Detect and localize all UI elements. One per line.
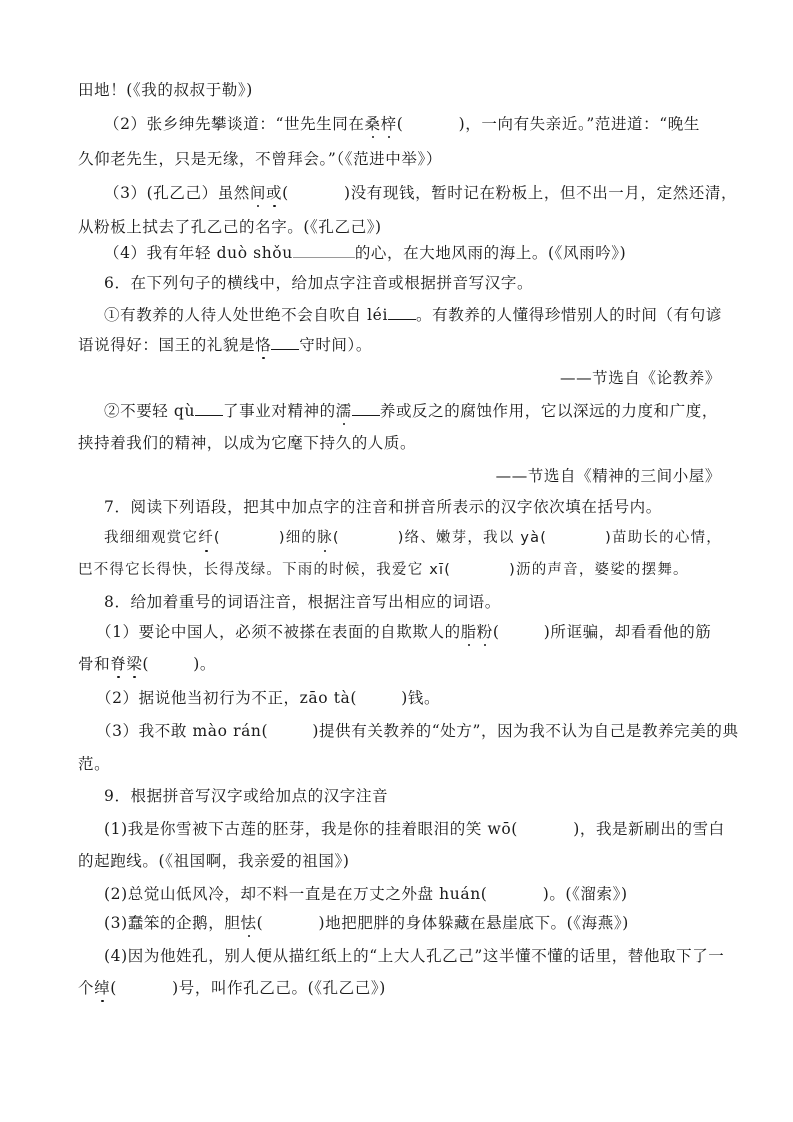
question-8-3: （3）我不敢 mào rán( )提供有关教养的“处方”，因为我不认为自己是教养… <box>96 721 739 741</box>
text-span: 守时间）。 <box>299 336 372 354</box>
text-span: 语说得好：国王的礼貌是 <box>78 336 255 354</box>
answer-blank-text[interactable]: ( )号，叫作孔乙己。(《孔乙己》) <box>110 979 386 997</box>
question-title: 6．在下列句子的横线中，给加点字注音或根据拼音写汉字。 <box>104 274 533 292</box>
answer-blank-text[interactable]: ( )络、嫩芽，我以 yà( )苗助长的心情， <box>333 530 722 546</box>
answer-blank-text[interactable]: ( )没有现钱，暂时记在粉板上，但不出一月，定然还清， <box>282 184 737 202</box>
answer-blank-text[interactable]: ( )细的 <box>214 530 317 546</box>
emphasis-char: 恪 <box>255 335 271 355</box>
text-span: 挟持着我们的精神，以成为它麾下持久的人质。 <box>78 434 416 452</box>
text-span: （3）(孔乙己）虽然 <box>104 184 250 202</box>
answer-blank-text[interactable]: ( )。 <box>142 655 216 673</box>
text-line: 久仰老先生，只是无缘，不曾拜会。”（《范进中举》） <box>78 149 442 169</box>
question-title: 7．阅读下列语段，把其中加点字的注音和拼音所表示的汉字依次填在括号内。 <box>104 498 662 516</box>
question-9-3: (3)蠢笨的企鹅，胆怯( )地把肥胖的身体躲藏在悬崖底下。(《海燕》) <box>104 913 629 933</box>
answer-underline[interactable] <box>293 243 355 258</box>
question-8-1: （1）要论中国人，必须不被搽在表面的自欺欺人的脂粉( )所诓骗，却看看他的筋 <box>96 622 711 642</box>
question-9-4: (4)因为他姓孔，别人便从描红纸上的“上大人孔乙己”这半懂不懂的话里，替他取下了… <box>104 946 724 966</box>
emphasis-char: 桑 <box>365 114 381 134</box>
text-line: 巴不得它长得快，长得茂绿。下雨的时候，我爱它 xī( )沥的声音，婆娑的摆舞。 <box>78 560 689 580</box>
question-title: 8．给加着重号的词语注音，根据注音写出相应的词语。 <box>104 593 501 611</box>
question-6-item-1: ①有教养的人待人处世绝不会自吹自 léi。有教养的人懂得珍惜别人的时间（有句谚 <box>104 305 722 325</box>
emphasis-char: 梓 <box>381 114 397 134</box>
answer-blank-text[interactable]: (1)我是你雪被下古莲的胚芽，我是你的挂着眼泪的笑 wō( )，我是新刷出的雪白 <box>104 820 725 838</box>
emphasis-char: 粉 <box>477 622 493 642</box>
question-9-title: 9．根据拼音写汉字或给加点的汉字注音 <box>104 786 388 806</box>
text-line: 范。 <box>78 754 110 774</box>
text-span: 的心，在大地风雨的海上。(《风雨吟》) <box>355 244 627 262</box>
answer-blank-text[interactable]: （3）我不敢 mào rán( )提供有关教养的“处方”，因为我不认为自己是教养… <box>96 722 739 740</box>
answer-blank-text[interactable]: ( )，一向有失亲近。”范进道：“晚生 <box>397 115 700 133</box>
question-7-title: 7．阅读下列语段，把其中加点字的注音和拼音所表示的汉字依次填在括号内。 <box>104 497 662 517</box>
source-attribution: ——节选自《论教养》 <box>560 368 721 388</box>
answer-underline[interactable] <box>352 401 380 416</box>
text-span: 个 <box>78 979 94 997</box>
text-span: 了事业对精神的 <box>223 402 336 420</box>
text-line: 从粉板上拭去了孔乙己的名字。(《孔乙己》) <box>78 217 382 237</box>
question-7-passage: 我细细观赏它纤( )细的脉( )络、嫩芽，我以 yà( )苗助长的心情， <box>104 528 722 548</box>
emphasis-char: 脊 <box>110 654 126 674</box>
question-8-2: （2）据说他当初行为不正，zāo tà( )钱。 <box>96 688 440 708</box>
answer-blank-text[interactable]: ( )所诓骗，却看看他的筋 <box>493 623 712 641</box>
text-span: （4）我有年轻 duò shǒu <box>104 244 293 262</box>
question-6-title: 6．在下列句子的横线中，给加点字注音或根据拼音写汉字。 <box>104 273 533 293</box>
question-5-3: （3）(孔乙己）虽然间或( )没有现钱，暂时记在粉板上，但不出一月，定然还清， <box>104 183 737 203</box>
text-span: 范。 <box>78 755 110 773</box>
text-span: 养或反之的腐蚀作用，它以深远的力度和广度， <box>380 402 718 420</box>
text-span: 骨和 <box>78 655 110 673</box>
text-span: ②不要轻 qù <box>104 402 195 420</box>
source-attribution: ——节选自《精神的三间小屋》 <box>496 466 721 486</box>
emphasis-char: 纤 <box>198 528 214 548</box>
text-span: 从粉板上拭去了孔乙己的名字。(《孔乙己》) <box>78 218 382 236</box>
text-span: 的起跑线。(《祖国啊，我亲爱的祖国》) <box>78 852 350 870</box>
text-span: （1）要论中国人，必须不被搽在表面的自欺欺人的 <box>96 623 461 641</box>
emphasis-char: 或 <box>266 183 282 203</box>
text-line: 挟持着我们的精神，以成为它麾下持久的人质。 <box>78 433 416 453</box>
source-text: ——节选自《论教养》 <box>560 369 721 387</box>
text-span: 我细细观赏它 <box>104 530 198 546</box>
text-span: (3)蠢笨的企鹅，胆 <box>104 914 240 932</box>
emphasis-char: 脉 <box>317 528 333 548</box>
answer-blank-text[interactable]: ( )地把肥胖的身体躲藏在悬崖底下。(《海燕》) <box>257 914 629 932</box>
answer-underline[interactable] <box>388 305 416 320</box>
emphasis-char: 脂 <box>461 622 477 642</box>
text-span: (4)因为他姓孔，别人便从描红纸上的“上大人孔乙己”这半懂不懂的话里，替他取下了… <box>104 947 724 965</box>
text-span: 田地！(《我的叔叔于勒》) <box>78 81 253 99</box>
text-span: （2）张乡绅先攀谈道：“世先生同在 <box>104 115 365 133</box>
text-line: 田地！(《我的叔叔于勒》) <box>78 80 253 100</box>
text-span: 。有教养的人懂得珍惜别人的时间（有句谚 <box>416 306 722 324</box>
question-5-4: （4）我有年轻 duò shǒu的心，在大地风雨的海上。(《风雨吟》) <box>104 243 626 263</box>
question-6-item-2: ②不要轻 qù了事业对精神的濡养或反之的腐蚀作用，它以深远的力度和广度， <box>104 401 718 421</box>
text-line: 的起跑线。(《祖国啊，我亲爱的祖国》) <box>78 851 350 871</box>
text-line: 语说得好：国王的礼貌是恪守时间）。 <box>78 335 372 355</box>
text-line: 个绰( )号，叫作孔乙己。(《孔乙己》) <box>78 978 386 998</box>
emphasis-char: 梁 <box>126 654 142 674</box>
source-text: ——节选自《精神的三间小屋》 <box>496 467 721 485</box>
question-title: 9．根据拼音写汉字或给加点的汉字注音 <box>104 787 388 805</box>
answer-underline[interactable] <box>271 335 299 350</box>
question-8-title: 8．给加着重号的词语注音，根据注音写出相应的词语。 <box>104 592 501 612</box>
answer-blank-text[interactable]: (2)总觉山低风冷，却不料一直是在万丈之外盘 huán( )。(《溜索》) <box>104 885 628 903</box>
text-span: ①有教养的人待人处世绝不会自吹自 léi <box>104 306 388 324</box>
document-page: 田地！(《我的叔叔于勒》) （2）张乡绅先攀谈道：“世先生同在桑梓( )，一向有… <box>0 0 793 1122</box>
emphasis-char: 绰 <box>94 978 110 998</box>
text-span: 久仰老先生，只是无缘，不曾拜会。”（《范进中举》） <box>78 150 442 168</box>
question-9-1: (1)我是你雪被下古莲的胚芽，我是你的挂着眼泪的笑 wō( )，我是新刷出的雪白 <box>104 819 725 839</box>
emphasis-char: 怯 <box>240 913 256 933</box>
emphasis-char: 濡 <box>336 401 352 421</box>
question-9-2: (2)总觉山低风冷，却不料一直是在万丈之外盘 huán( )。(《溜索》) <box>104 884 628 904</box>
question-5-2: （2）张乡绅先攀谈道：“世先生同在桑梓( )，一向有失亲近。”范进道：“晚生 <box>104 114 700 134</box>
text-line: 骨和脊梁( )。 <box>78 654 216 674</box>
answer-blank-text[interactable]: （2）据说他当初行为不正，zāo tà( )钱。 <box>96 689 440 707</box>
answer-underline[interactable] <box>195 401 223 416</box>
emphasis-char: 间 <box>250 183 266 203</box>
answer-blank-text[interactable]: 巴不得它长得快，长得茂绿。下雨的时候，我爱它 xī( )沥的声音，婆娑的摆舞。 <box>78 562 689 578</box>
